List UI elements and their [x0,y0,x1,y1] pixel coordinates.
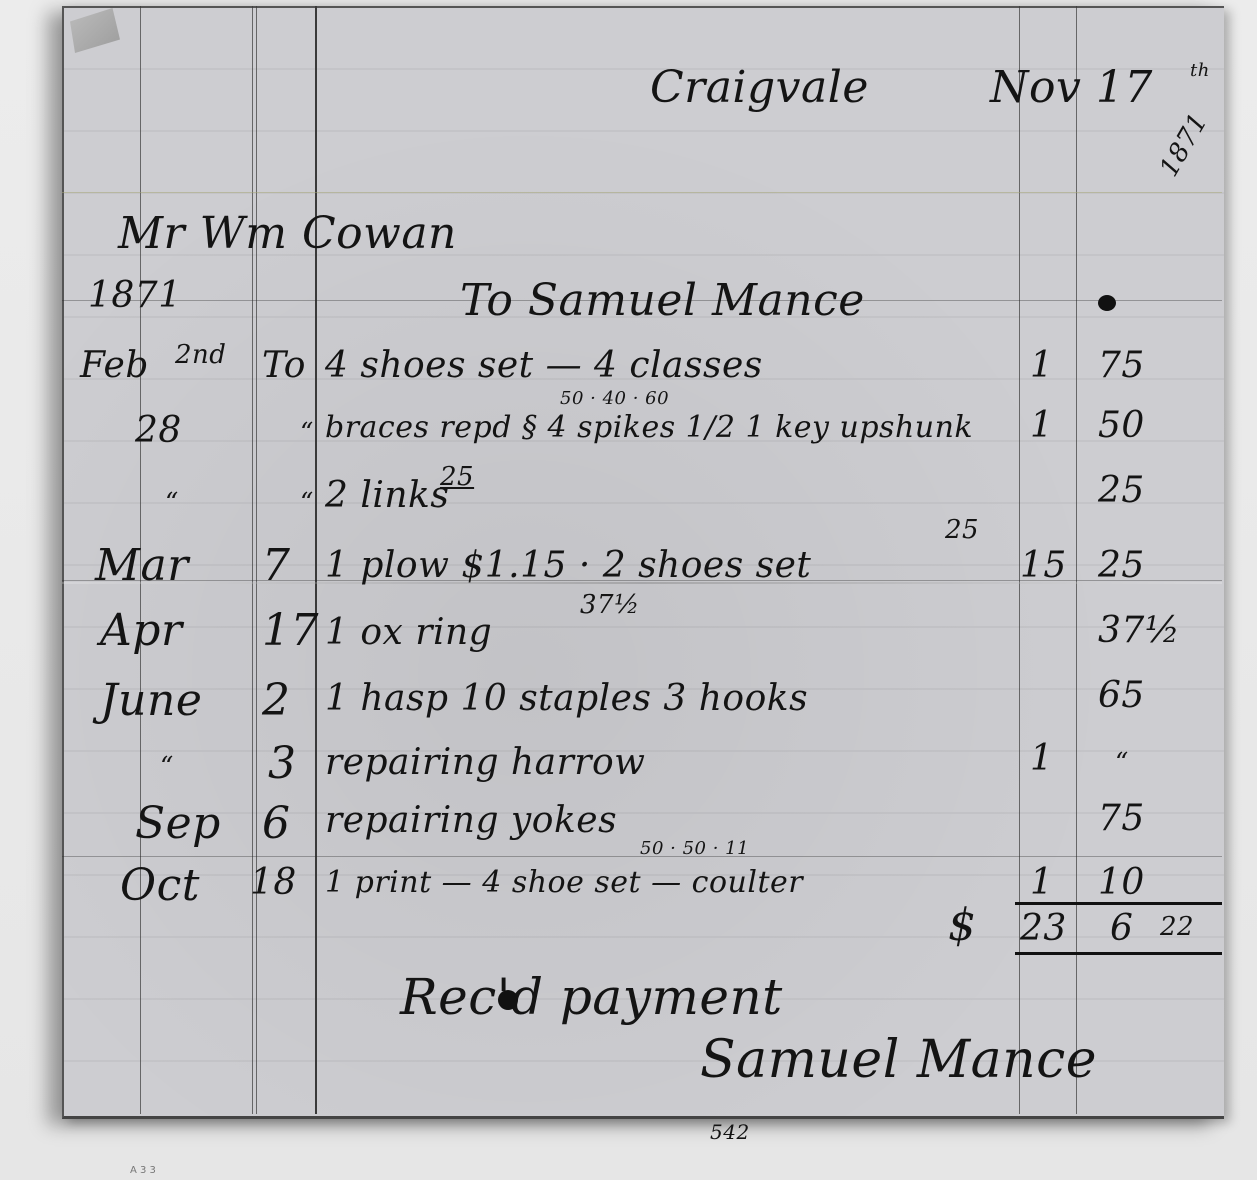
ledger-line [62,192,1222,193]
entry-day: 2 [262,675,291,726]
entry-note: 37½ [580,590,640,620]
entry-day: 3 [268,738,297,789]
date-superscript: th [1190,60,1210,81]
entry-note: 50 · 50 · 11 [640,838,749,859]
total-dollar-sign: $ [948,900,977,951]
entry-note: 50 · 40 · 60 [560,388,669,409]
entry-month: Sep [135,798,221,849]
entry-day: 2nd [175,340,226,370]
receipt-text: Rec'd payment [400,968,783,1026]
entry-day: 18 [250,862,297,903]
entry-cents: 65 [1098,675,1145,716]
entry-cents: 75 [1098,798,1145,839]
entry-item: 2 links [325,475,449,516]
place-name: Craigvale [650,62,869,113]
entry-month: “ [165,488,179,518]
entry-cents: 37½ [1098,610,1180,651]
page-mark: A 3 3 [130,1165,156,1176]
entry-month: June [100,675,202,726]
entry-item: 4 shoes set — 4 classes [325,345,763,386]
year-label: 1871 [88,275,182,316]
entry-cents: 25 [1098,545,1145,586]
entry-month: Oct [120,860,200,911]
total-top-rule [1015,902,1222,905]
entry-dollars: 1 [1030,405,1053,446]
entry-month: Mar [95,540,189,591]
entry-day: 17 [262,605,319,656]
entry-item: braces repd § 4 spikes 1/2 1 key upshunk [325,410,973,445]
entry-note: 25 [440,462,474,492]
entry-to: “ [300,418,314,448]
entry-dollars: 1 [1030,738,1053,779]
signature: Samuel Mance [700,1030,1097,1090]
entry-dollars: 1 [1030,345,1053,386]
entry-item: repairing harrow [325,742,646,783]
entry-day: 6 [262,798,291,849]
creditor-line: To Samuel Mance [460,275,865,326]
total-cents: 22 [1160,912,1194,942]
entry-item: repairing yokes [325,800,617,841]
entry-dollars: 1 [1030,862,1053,903]
entry-to: “ [300,488,314,518]
entry-note: 25 [945,515,979,545]
column-rule [1076,6,1077,1114]
entry-cents: 50 [1098,405,1145,446]
ink-blot [498,990,518,1010]
entry-dollars: 15 [1020,545,1067,586]
column-rule [252,6,253,1114]
total-dollars: 23 [1020,908,1067,949]
entry-cents: 75 [1098,345,1145,386]
column-rule [256,6,257,1114]
entry-month: Apr [100,605,182,656]
ink-blot [1098,295,1116,311]
header-date: Nov 17 [990,62,1153,113]
footer-note: 542 [710,1120,750,1144]
entry-to: To [262,345,306,386]
entry-month: Feb [80,345,149,386]
entry-day: 28 [135,410,182,451]
column-rule [315,6,317,1114]
entry-item: 1 hasp 10 staples 3 hooks [325,678,808,719]
entry-item: 1 ox ring [325,612,492,653]
entry-cents: “ [1115,748,1129,778]
entry-cents: 25 [1098,470,1145,511]
entry-day: 7 [262,540,291,591]
total-bottom-rule [1015,952,1222,955]
entry-cents: 10 [1098,862,1145,903]
total-middle: 6 [1110,908,1133,949]
entry-month: “ [160,752,174,782]
entry-item: 1 plow $1.15 · 2 shoes set [325,545,811,586]
addressee: Mr Wm Cowan [118,208,457,259]
entry-item: 1 print — 4 shoe set — coulter [325,865,803,900]
